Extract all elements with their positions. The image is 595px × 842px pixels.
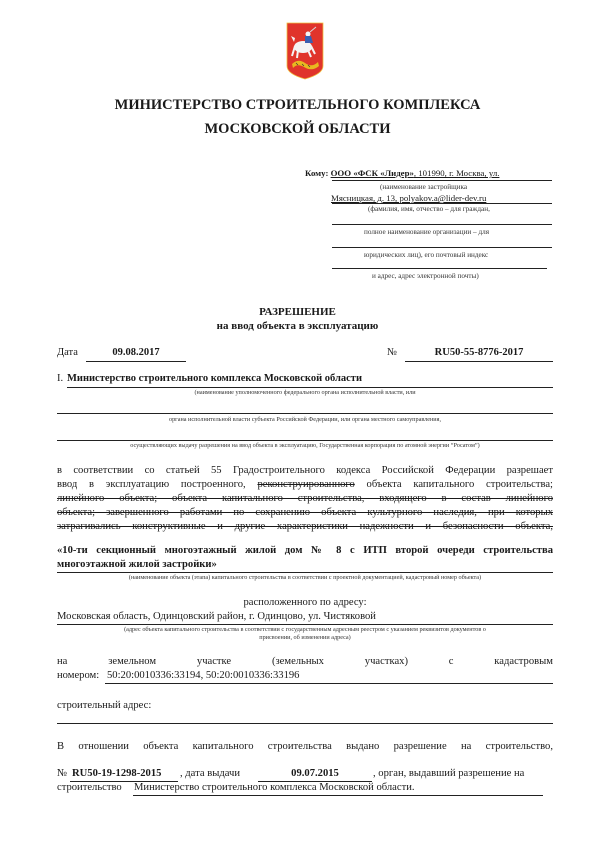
permit-issuer-value: Министерство строительного комплекса Мос… [134,782,415,793]
land-plot-line: на земельном участке (земельных участках… [57,656,553,667]
object-name-line2: многоэтажной жилой застройки» [57,559,217,570]
object-address: Московская область, Одинцовский район, г… [57,611,376,622]
addressee-line1: Кому: ООО «ФСК «Лидер», 101990, г. Москв… [305,168,499,178]
ministry-name-line2: МОСКОВСКОЙ ОБЛАСТИ [0,121,595,138]
land-word: участках) [365,656,408,667]
land-word: (земельных [272,656,324,667]
located-label: расположенного по адресу: [57,597,553,608]
addressee-note-1: (наименование застройщика [380,183,467,191]
cadastral-underline [105,683,553,684]
addressee-note-2: (фамилия, имя, отчество – для граждан, [368,205,490,213]
authority-note-1: (наименование уполномоченного федерально… [57,389,553,396]
legal-text-line2-a: ввод в эксплуатацию построенного, [57,479,257,490]
addressee-note-3: полное наименование организации – для [364,228,489,236]
addressee-underline-3 [332,224,552,225]
legal-text-line2: ввод в эксплуатацию построенного, реконс… [57,479,553,490]
authority-underline-3 [57,440,553,441]
legal-text-line3-struck: линейного объекта; объекта капитального … [57,493,553,504]
permit-date-value: 09.07.2015 [258,768,372,779]
permit-date-label: , дата выдачи [180,768,240,779]
object-note: (наименование объекта (этапа) капитально… [57,574,553,581]
addressee-underline-5 [332,268,547,269]
issuing-authority: Министерство строительного комплекса Мос… [67,373,362,384]
legal-text-line2-b: объекта капитального строительства; [355,479,553,490]
build-address-label: строительный адрес: [57,700,151,711]
land-word: на [57,656,67,667]
date-underline [86,361,186,362]
addressee-underline-1 [332,180,552,181]
construction-permit-number: RU50-19-1298-2015 [72,768,161,779]
land-word: с [449,656,454,667]
addressee-note-4: юридических лиц), его почтовый индекс [364,251,488,259]
legal-text-line2-struck: реконструированного [257,479,354,490]
date-label: Дата [57,347,78,358]
addressee-underline-2 [332,203,552,204]
number-label: № [387,347,397,358]
legal-text-line1: в соответствии со статьей 55 Градостроит… [57,465,553,476]
document-subtitle: на ввод объекта в эксплуатацию [0,320,595,332]
permit-number: RU50-55-8776-2017 [405,347,553,358]
object-underline [57,572,553,573]
permit-issuer-underline [133,795,543,796]
cadastral-numbers: 50:20:0010336:33194, 50:20:0010336:33196 [107,670,299,681]
legal-text-line4-struck: объекта; завершенного работами по сохран… [57,507,553,518]
addressee-address-part1: , 101990, г. Москва, ул. [414,168,500,178]
permit-issuer-label: , орган, выдавший разрешение на [373,768,524,779]
cadastral-label: номером: [57,670,99,681]
build-address-underline [57,723,553,724]
land-word: участке [197,656,231,667]
legal-text-line5-struck: затрагивались конструктивные и другие ха… [57,521,553,532]
number-underline [405,361,553,362]
date-value: 09.08.2017 [86,347,186,358]
authority-note-2: органа исполнительной власти субъекта Ро… [57,416,553,423]
document-title: РАЗРЕШЕНИЕ [0,306,595,318]
object-name-line1: «10-ти секционный многоэтажный жилой дом… [57,545,553,556]
ministry-name-line1: МИНИСТЕРСТВО СТРОИТЕЛЬНОГО КОМПЛЕКСА [0,97,595,114]
addressee-address-part2: Мясницкая, д. 13, polyakov.a@lider-dev.r… [331,193,486,203]
construction-permit-line: В отношении объекта капитального строите… [57,741,553,752]
addressee-developer: ООО «ФСК «Лидер» [331,168,414,178]
authority-note-3: осуществляющих выдачу разрешения на ввод… [57,442,553,449]
addressee-underline-4 [332,247,552,248]
addressee-note-5: и адрес, адрес электронной почты) [372,272,479,280]
address-underline [57,624,553,625]
authority-underline [67,387,553,388]
section-1-prefix: I. [57,373,63,384]
construction-permit-no-label: № [57,768,67,779]
permit-issuer-prefix: строительство [57,782,122,793]
addressee-label: Кому: [305,168,328,178]
land-word: кадастровым [494,656,553,667]
address-note-2: присвоении, об изменении адреса) [57,634,553,641]
authority-underline-2 [57,413,553,414]
land-word: земельном [108,656,156,667]
coat-of-arms-icon [286,22,324,80]
address-note-1: (адрес объекта капитального строительств… [57,626,553,633]
